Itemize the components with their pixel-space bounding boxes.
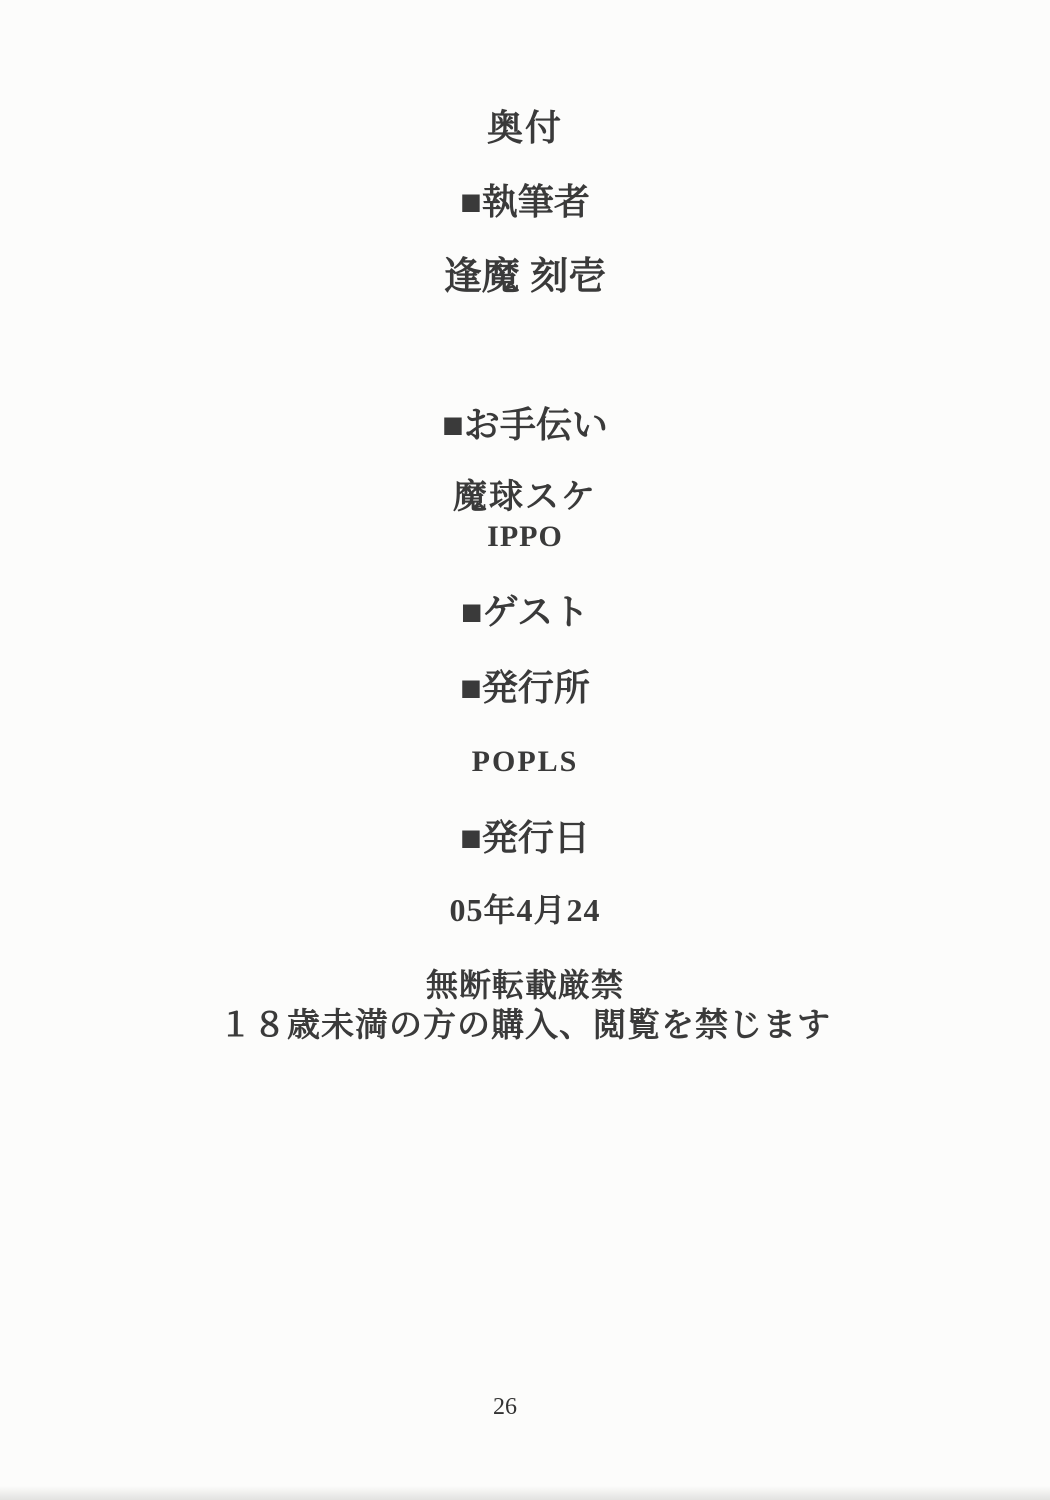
section-heading-helpers: ■お手伝い [0,407,1050,443]
helper-name-1: 魔球スケ [0,481,1050,515]
section-heading-pubdate: ■発行日 [0,820,1050,856]
section-heading-guest: ■ゲスト [0,594,1050,630]
scan-edge-shadow [0,1486,1050,1500]
helper-name-2: IPPO [0,522,1050,552]
notice-age-restriction: １８歳未満の方の購入、閲覧を禁じます [0,1008,1050,1041]
publisher-name: POPLS [0,747,1050,777]
notice-no-reprint: 無断転載厳禁 [0,969,1050,1001]
publication-date: 05年4月24 [0,894,1050,926]
section-heading-author: ■執筆者 [0,184,1050,220]
page-title: 奥付 [0,110,1050,146]
colophon-page: 奥付 ■執筆者 逢魔 刻壱 ■お手伝い 魔球スケ IPPO ■ゲスト ■発行所 … [0,0,1050,1500]
author-name: 逢魔 刻壱 [0,258,1050,296]
page-number: 26 [0,1395,1030,1419]
section-heading-publisher: ■発行所 [0,670,1050,706]
